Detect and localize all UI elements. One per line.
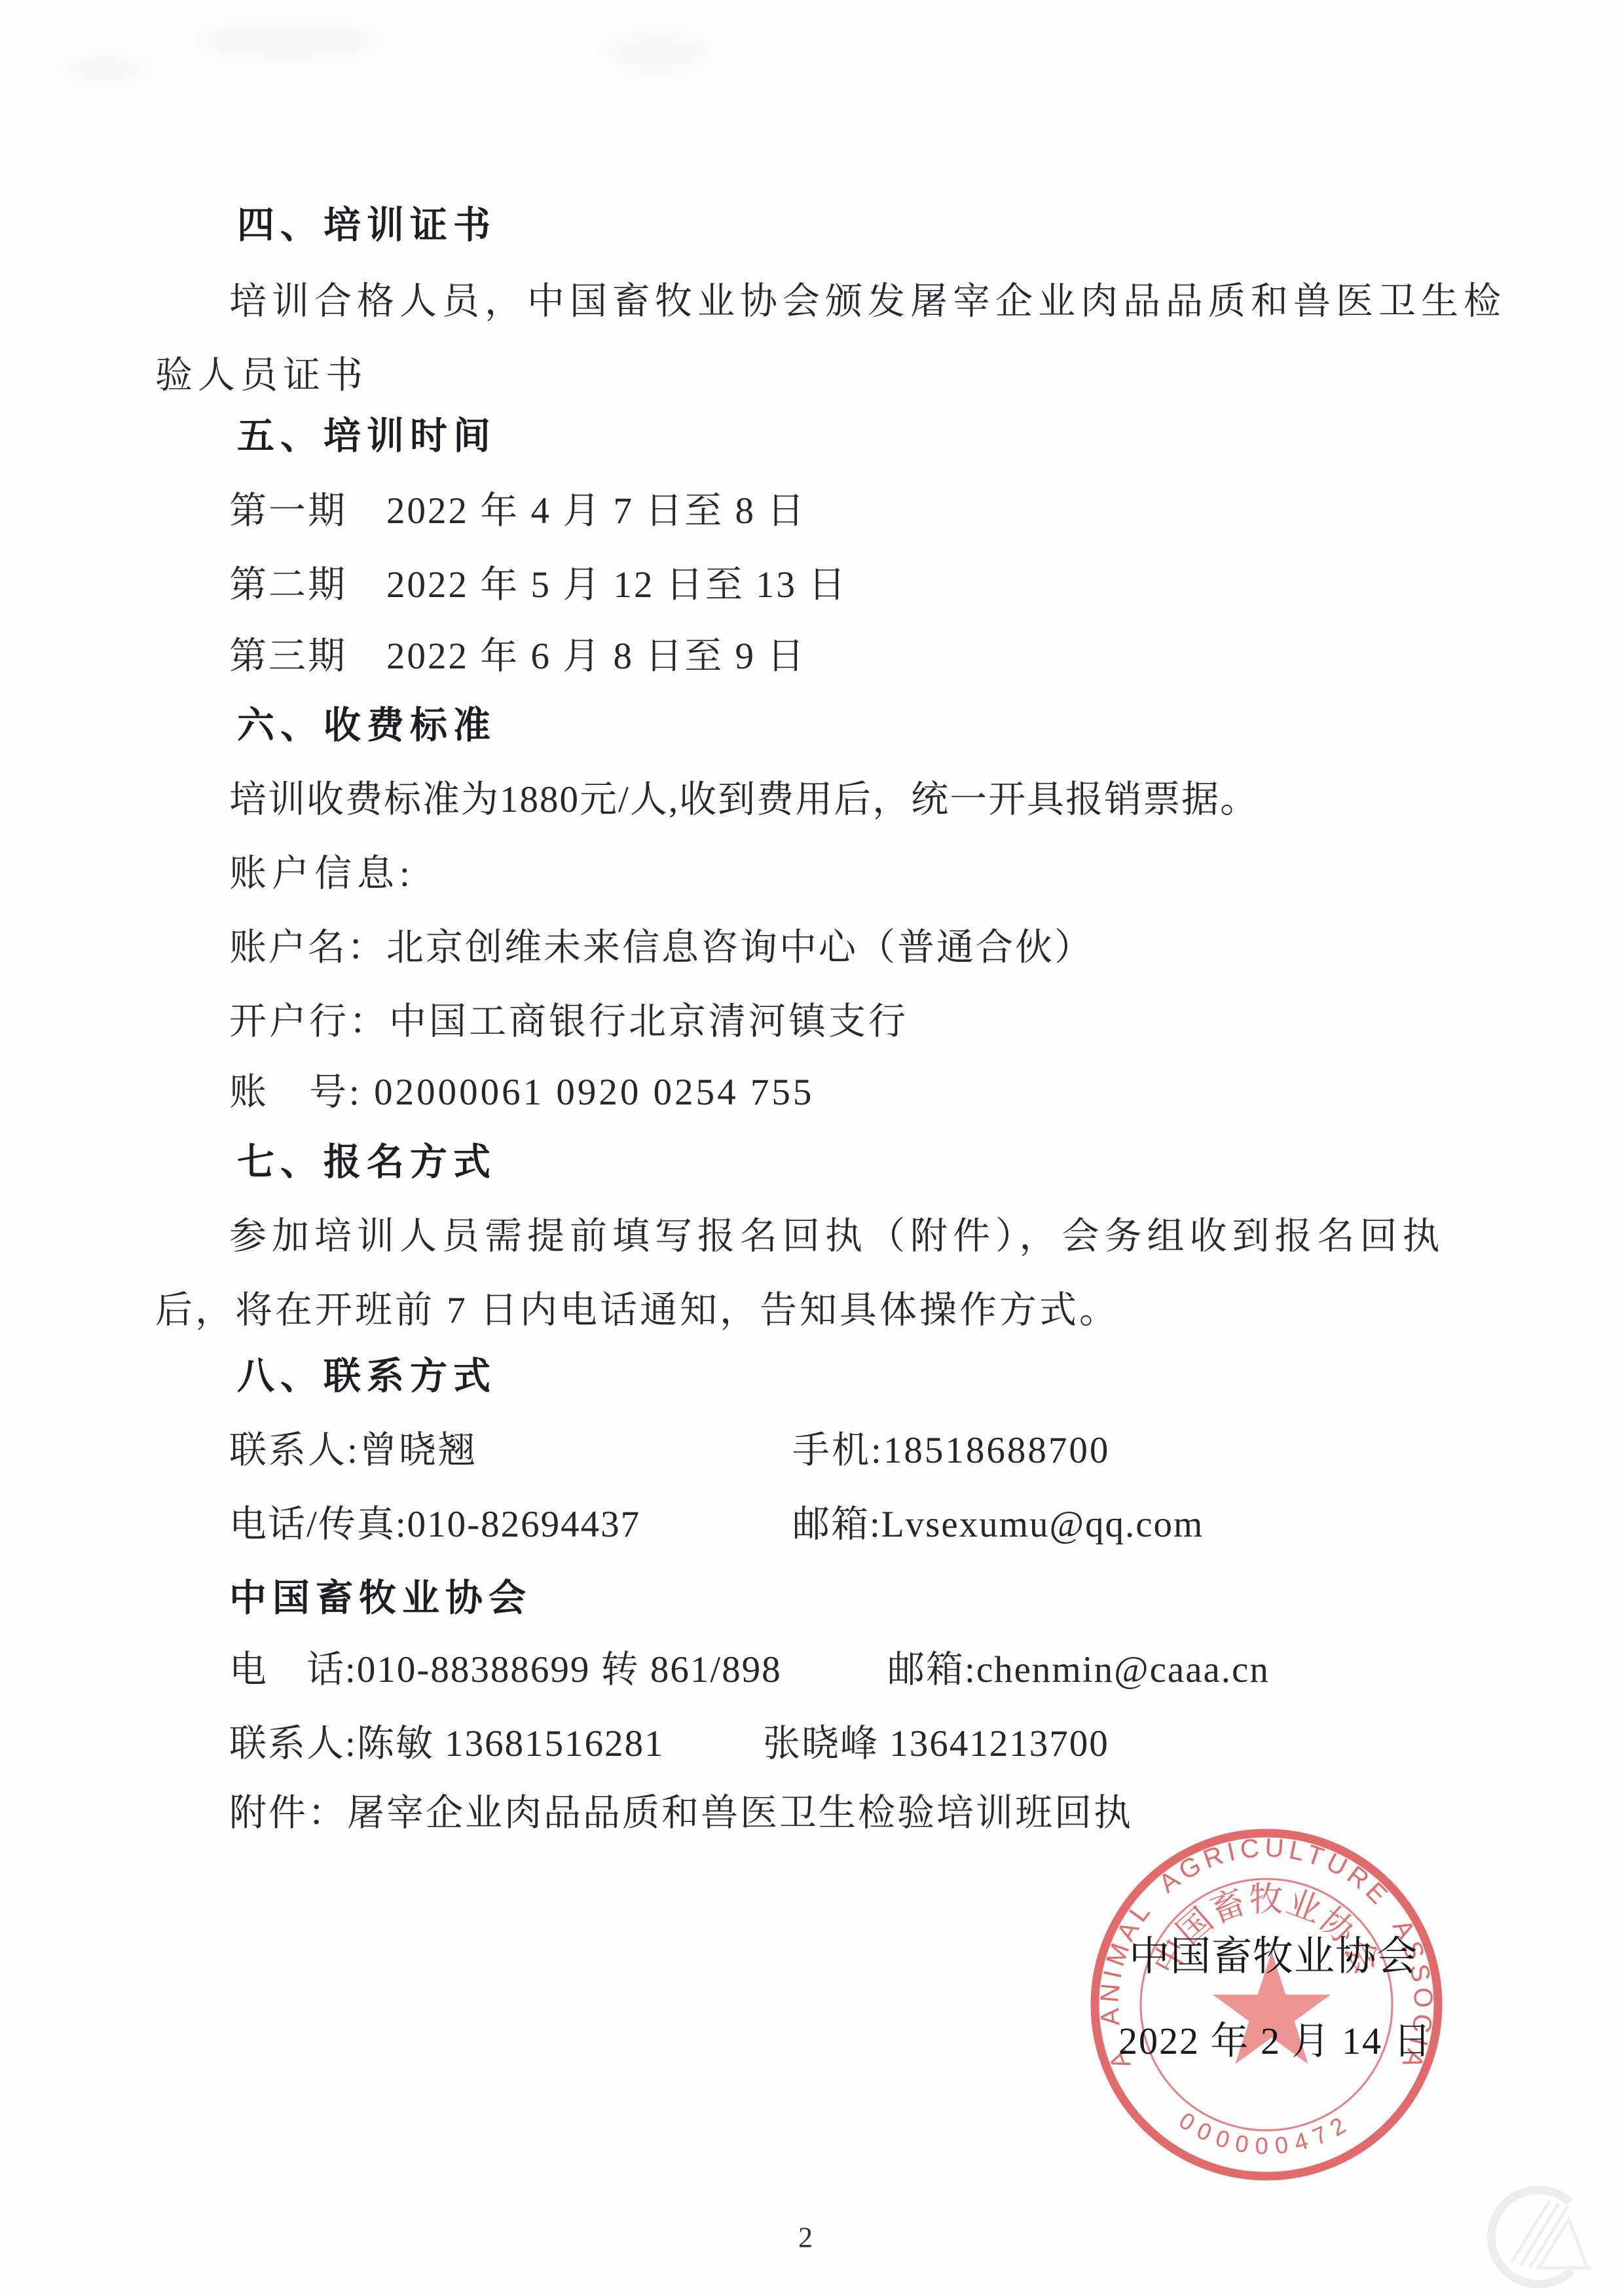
contact-phone-fax: 电话/传真:010-82694437 (229, 1503, 640, 1546)
section-heading-contact: 八、联系方式 (237, 1355, 496, 1398)
account-name-line: 账户名：北京创维未来信息咨询中心（普通合伙） (229, 926, 1094, 970)
association-phone: 电 话:010-88388699 转 861/898 (229, 1649, 782, 1692)
scan-smudge (196, 24, 380, 58)
schedule-period-2: 第二期 2022 年 5 月 12 日至 13 日 (229, 564, 847, 607)
cert-paragraph-line1: 培训合格人员，中国畜牧业协会颁发屠宰企业肉品品质和兽医卫生检 (229, 280, 1506, 323)
contact-person: 联系人:曾晓翘 (229, 1429, 477, 1472)
fee-standard-line: 培训收费标准为1880元/人,收到费用后，统一开具报销票据。 (229, 778, 1259, 822)
attachment-line: 附件：屠宰企业肉品品质和兽医卫生检验培训班回执 (229, 1792, 1133, 1835)
seal-center-text: 中国畜牧业协会 (1147, 1882, 1386, 1981)
section-heading-cert: 四、培训证书 (237, 204, 496, 247)
scan-smudge (602, 31, 714, 72)
association-email: 邮箱:chenmin@caaa.cn (887, 1649, 1270, 1692)
section-heading-fees: 六、收费标准 (237, 704, 496, 748)
schedule-period-3: 第三期 2022 年 6 月 8 日至 9 日 (229, 635, 806, 678)
cert-paragraph-line2: 验人员证书 (155, 354, 368, 397)
seal-star-icon (1213, 1952, 1331, 2064)
section-heading-schedule: 五、培训时间 (237, 415, 496, 458)
registration-line2: 后，将在开班前 7 日内电话通知，告知具体操作方式。 (155, 1289, 1119, 1332)
association-name: 中国畜牧业协会 (229, 1577, 532, 1620)
official-seal-stamp: CHINA ANIMAL AGRICULTURE ASSOCIATION 110… (1083, 1821, 1450, 2188)
contact-mobile: 手机:18518688700 (792, 1429, 1110, 1472)
association-contact-1: 联系人:陈敏 13681516281 (229, 1722, 665, 1766)
document-page: 四、培训证书 培训合格人员，中国畜牧业协会颁发屠宰企业肉品品质和兽医卫生检 验人… (0, 0, 1624, 2296)
ca-logo-watermark-icon (1466, 2179, 1610, 2295)
scan-smudge (63, 58, 148, 80)
schedule-period-1: 第一期 2022 年 4 月 7 日至 8 日 (229, 490, 806, 533)
account-number-line: 账 号: 02000061 0920 0254 755 (229, 1071, 814, 1114)
page-number: 2 (779, 2221, 832, 2254)
association-contact-2: 张晓峰 13641213700 (763, 1722, 1109, 1766)
section-heading-registration: 七、报名方式 (237, 1141, 496, 1184)
registration-line1: 参加培训人员需提前填写报名回执（附件），会务组收到报名回执 (229, 1215, 1445, 1258)
bank-line: 开户行：中国工商银行北京清河镇支行 (229, 1000, 908, 1044)
account-info-label: 账户信息: (229, 852, 415, 896)
contact-email: 邮箱:Lvsexumu@qq.com (792, 1503, 1204, 1546)
